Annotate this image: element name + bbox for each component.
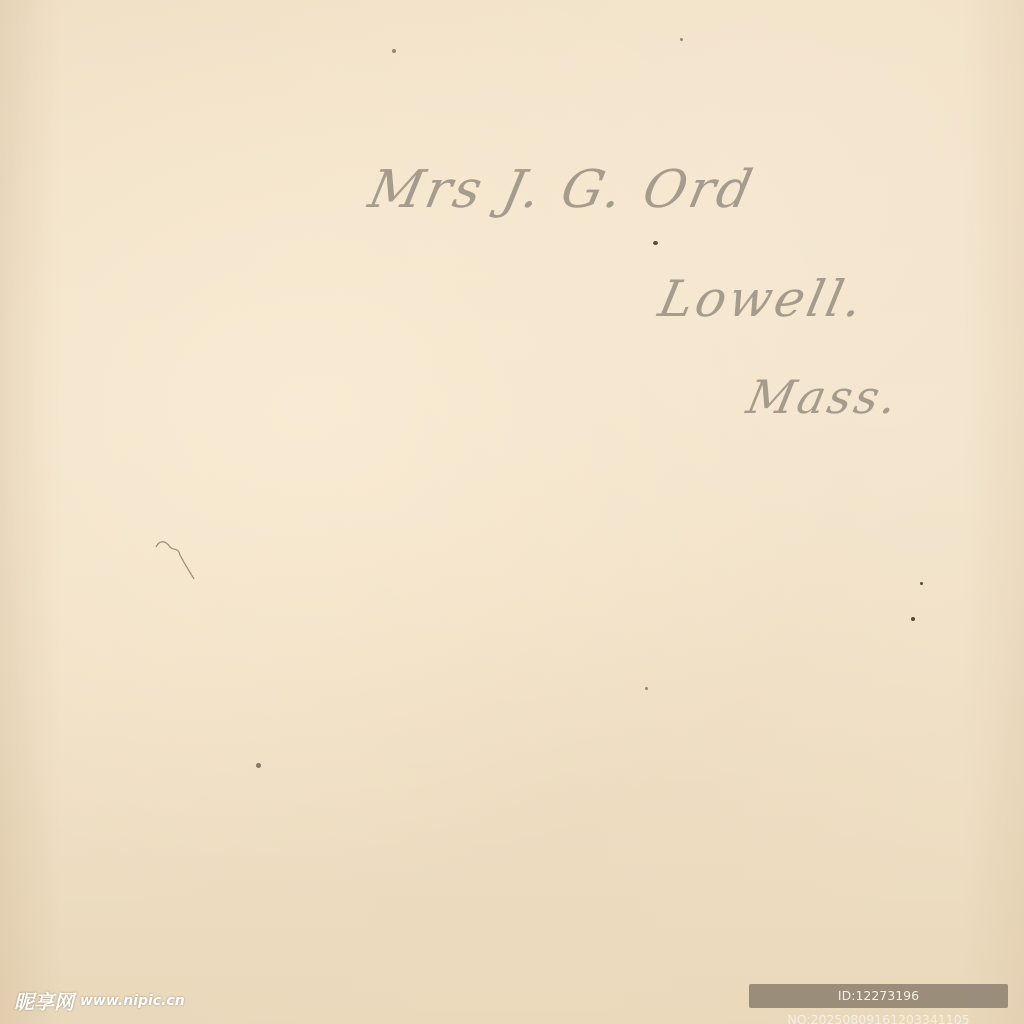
aged-paper-background [0,0,1024,1024]
paper-speck [256,763,261,768]
inscription-line-name: Mrs J. G. Ord [364,160,760,220]
site-name-watermark: 昵享网 [14,986,74,1015]
paper-speck [920,582,923,585]
paper-speck [680,38,683,41]
inscription-line-state: Mass. [742,370,905,424]
hair-fiber-mark [150,535,210,585]
site-watermark: 昵享网 www.nipic.cn [14,986,185,1015]
paper-speck [653,241,658,245]
paper-speck [645,687,648,690]
image-id-watermark: ID:12273196 NO:20250809161203341105 [749,984,1008,1008]
site-url-watermark: www.nipic.cn [80,993,185,1009]
inscription-line-city: Lowell. [654,270,871,328]
paper-speck [392,49,396,53]
paper-speck [911,617,915,621]
